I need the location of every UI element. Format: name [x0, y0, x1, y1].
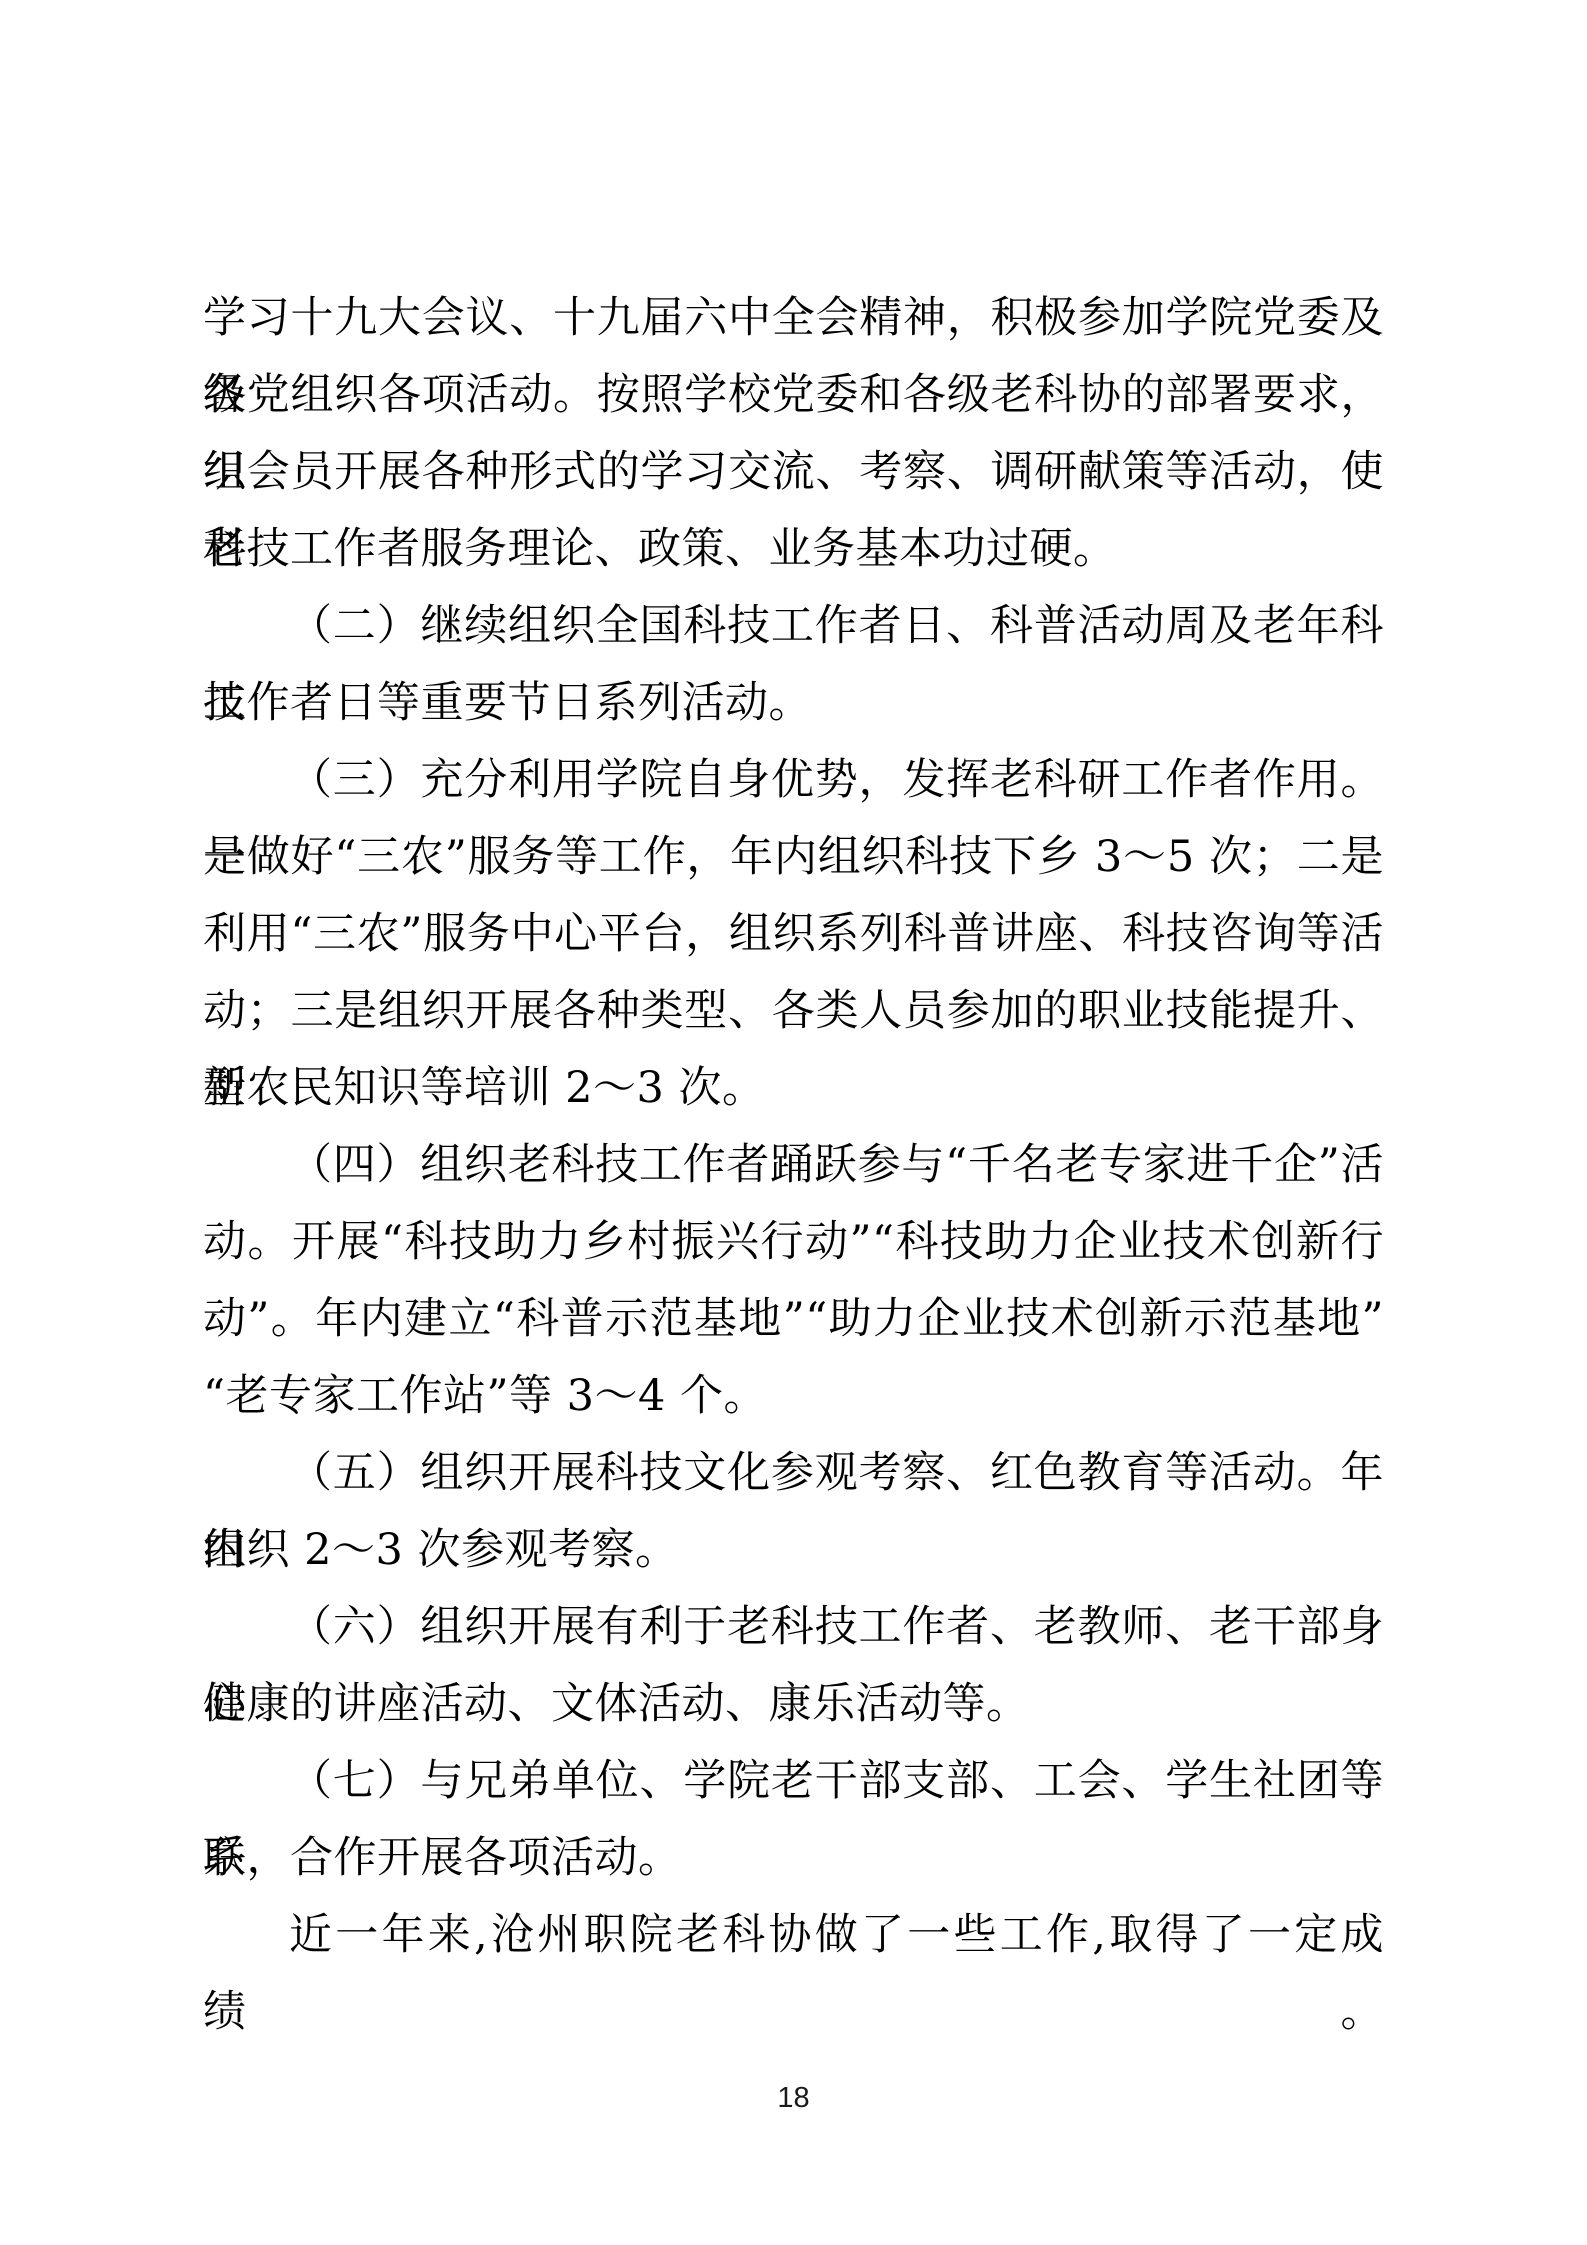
text-line: 系，合作开展各项活动。: [203, 1820, 1384, 1897]
text-line: 是做好“三农”服务等工作，年内组织科技下乡 3～5 次；二是: [203, 819, 1384, 896]
document-page: 学习十九大会议、十九届六中全会精神，积极参加学院党委及各级党组织各项活动。按照学…: [0, 0, 1587, 2245]
text-line: 近一年来,沧州职院老科协做了一些工作,取得了一定成绩。: [203, 1897, 1384, 1974]
page-footer: 18: [0, 2082, 1587, 2115]
text-line: 动”。年内建立“科普示范基地”“助力企业技术创新示范基地”: [203, 1281, 1384, 1358]
text-line: 健康的讲座活动、文体活动、康乐活动等。: [203, 1666, 1384, 1743]
document-body: 学习十九大会议、十九届六中全会精神，积极参加学院党委及各级党组织各项活动。按照学…: [203, 280, 1384, 1974]
text-line: （四）组织老科技工作者踊跃参与“千名老专家进千企”活: [203, 1127, 1384, 1204]
text-line: 动。开展“科技助力乡村振兴行动”“科技助力企业技术创新行: [203, 1204, 1384, 1281]
text-line: （六）组织开展有利于老科技工作者、老教师、老干部身心: [203, 1589, 1384, 1666]
text-line: 利用“三农”服务中心平台，组织系列科普讲座、科技咨询等活: [203, 896, 1384, 973]
text-line: 科技工作者服务理论、政策、业务基本功过硬。: [203, 511, 1384, 588]
text-line: 工作者日等重要节日系列活动。: [203, 665, 1384, 742]
text-line: 动；三是组织开展各种类型、各类人员参加的职业技能提升、新: [203, 973, 1384, 1050]
text-line: （七）与兄弟单位、学院老干部支部、工会、学生社团等联: [203, 1743, 1384, 1820]
text-line: 组织 2～3 次参观考察。: [203, 1512, 1384, 1589]
text-line: “老专家工作站”等 3～4 个。: [203, 1358, 1384, 1435]
text-line: （二）继续组织全国科技工作者日、科普活动周及老年科技: [203, 588, 1384, 665]
text-line: 级党组织各项活动。按照学校党委和各级老科协的部署要求，组: [203, 357, 1384, 434]
text-line: 型农民知识等培训 2～3 次。: [203, 1050, 1384, 1127]
text-line: 学习十九大会议、十九届六中全会精神，积极参加学院党委及各: [203, 280, 1384, 357]
text-line: （三）充分利用学院自身优势，发挥老科研工作者作用。一: [203, 742, 1384, 819]
text-line: （五）组织开展科技文化参观考察、红色教育等活动。年内: [203, 1435, 1384, 1512]
text-line: 织会员开展各种形式的学习交流、考察、调研献策等活动，使老: [203, 434, 1384, 511]
page-number: 18: [777, 2082, 809, 2114]
